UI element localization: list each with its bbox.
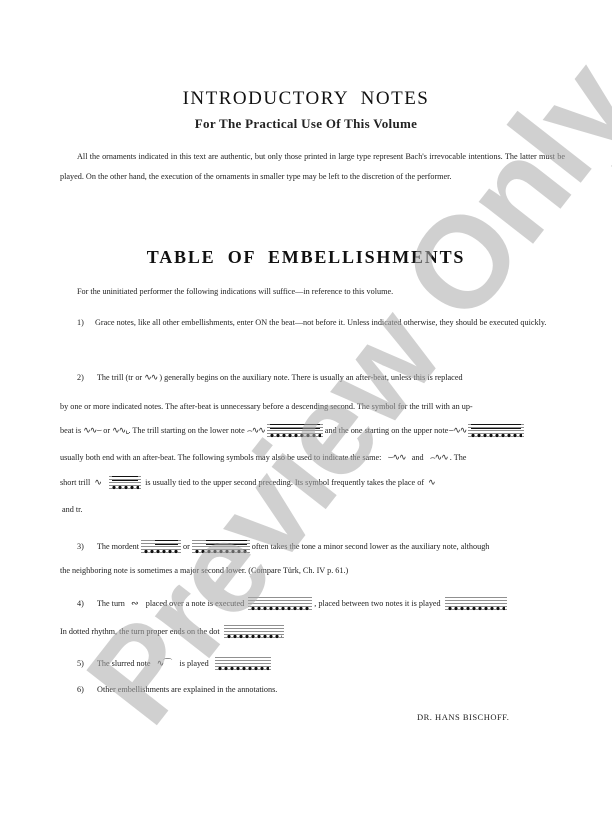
item-text: and bbox=[412, 453, 424, 462]
upper-trill-icon: ⌣∿∿ bbox=[448, 426, 466, 436]
item-text: Grace notes, like all other embellishmen… bbox=[95, 318, 546, 327]
item-2-line-2: by one or more indicated notes. The afte… bbox=[60, 402, 473, 411]
short-trill-icon: ∿ bbox=[428, 478, 435, 488]
music-example-long-mordent bbox=[192, 540, 250, 554]
item-number: 3) bbox=[77, 542, 95, 551]
lower-trill-symbol-icon: ⌢∿∿ bbox=[430, 453, 448, 463]
upper-trill-symbol-icon: ⌣∿∿ bbox=[388, 453, 406, 463]
author-signature: DR. HANS BISCHOFF. bbox=[417, 712, 509, 722]
slurred-note-icon: ∿⌒ bbox=[157, 659, 172, 669]
music-example-slurred bbox=[215, 657, 271, 671]
item-3-line-2: the neighboring note is sometimes a majo… bbox=[60, 566, 348, 575]
item-text: The turn bbox=[97, 599, 125, 608]
item-number: 1) bbox=[77, 313, 95, 333]
page-subtitle: For The Practical Use Of This Volume bbox=[0, 116, 612, 132]
item-3-line-1: 3) The mordentoroften takes the tone a m… bbox=[60, 540, 489, 554]
music-example-short-trill bbox=[109, 476, 141, 490]
item-2-line-3: beat is ∿∿⌣ or ∿∿⌞. The trill starting o… bbox=[60, 424, 526, 438]
item-text: placed over a note is executed bbox=[146, 599, 244, 608]
item-2-line-6: and tr. bbox=[62, 505, 82, 514]
item-text: is played bbox=[179, 659, 208, 668]
item-text: In dotted rhythm, the turn proper ends o… bbox=[60, 627, 220, 636]
item-text: short trill bbox=[60, 478, 90, 487]
item-text: and the one starting on the upper note bbox=[325, 426, 448, 435]
short-trill-icon: ∿ bbox=[94, 478, 101, 488]
item-1: 1)Grace notes, like all other embellishm… bbox=[60, 313, 565, 333]
lower-trill-icon: ⌢∿∿ bbox=[247, 426, 265, 436]
music-example-upper-trill bbox=[468, 424, 524, 438]
item-6-line-1: 6) Other embellishments are explained in… bbox=[60, 685, 277, 694]
item-2-line-4: usually both end with an after-beat. The… bbox=[60, 453, 466, 463]
item-2-line-1: 2) The trill (tr or ∿∿ ) generally begin… bbox=[60, 373, 463, 383]
item-text: Other embellishments are explained in th… bbox=[97, 685, 277, 694]
item-text: or bbox=[183, 542, 190, 551]
music-example-turn-over bbox=[248, 597, 312, 611]
item-text: ) generally begins on the auxiliary note… bbox=[159, 373, 462, 382]
music-example-dotted-turn bbox=[224, 625, 284, 639]
page-title: INTRODUCTORY NOTES bbox=[0, 88, 612, 110]
music-example-turn-between bbox=[445, 597, 507, 611]
upbeat-trill-icon: ∿∿⌣ bbox=[83, 426, 101, 436]
item-text: . The trill starting on the lower note bbox=[128, 426, 244, 435]
item-text: beat is bbox=[60, 426, 81, 435]
item-number: 4) bbox=[77, 599, 95, 608]
item-5-line-1: 5) The slurred note ∿⌒ is played bbox=[60, 656, 273, 671]
item-2-line-5: short trill ∿ is usually tied to the upp… bbox=[60, 476, 435, 490]
section-title: TABLE OF EMBELLISHMENTS bbox=[0, 247, 612, 268]
item-text: The trill (tr or bbox=[97, 373, 142, 382]
item-4-line-1: 4) The turn ∾ placed over a note is exec… bbox=[60, 597, 509, 611]
upbeat-trill-alt-icon: ∿∿⌞ bbox=[112, 426, 128, 436]
item-number: 6) bbox=[77, 685, 95, 694]
item-text: The slurred note bbox=[97, 659, 151, 668]
item-number: 2) bbox=[77, 373, 95, 382]
item-text: , placed between two notes it is played bbox=[314, 599, 440, 608]
item-number: 5) bbox=[77, 659, 95, 668]
document-page: INTRODUCTORY NOTES For The Practical Use… bbox=[0, 0, 612, 816]
item-text: often takes the tone a minor second lowe… bbox=[252, 542, 490, 551]
intro-paragraph: All the ornaments indicated in this text… bbox=[60, 147, 565, 187]
item-text: usually both end with an after-beat. The… bbox=[60, 453, 381, 462]
section-lead: For the uninitiated performer the follow… bbox=[77, 287, 393, 296]
item-text: The mordent bbox=[97, 542, 139, 551]
music-example-lower-trill bbox=[267, 424, 323, 438]
item-4-line-2: In dotted rhythm, the turn proper ends o… bbox=[60, 625, 286, 639]
turn-symbol-icon: ∾ bbox=[131, 599, 138, 609]
item-text: . The bbox=[450, 453, 467, 462]
trill-symbol-icon: ∿∿ bbox=[144, 373, 157, 383]
item-text: or bbox=[103, 426, 110, 435]
music-example-mordent bbox=[141, 540, 181, 554]
item-text: is usually tied to the upper second prec… bbox=[145, 478, 424, 487]
